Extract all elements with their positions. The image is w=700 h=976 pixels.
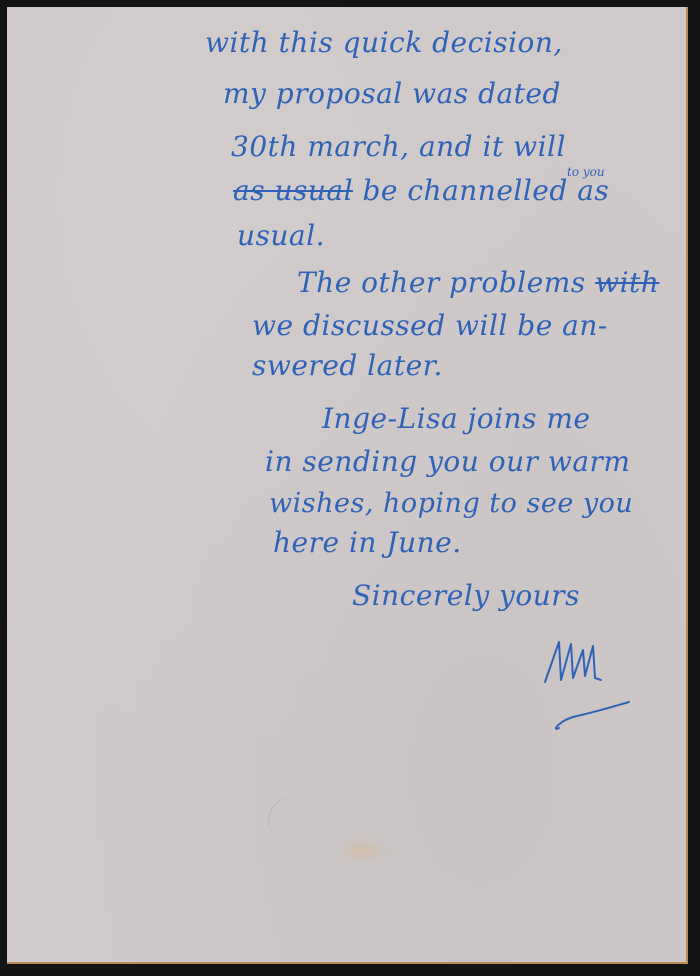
letter-line-1: with this quick decision,: [205, 29, 563, 57]
letter-line-2: my proposal was dated: [223, 80, 561, 108]
signature-icon: [537, 632, 647, 732]
line-text: with this quick decision,: [205, 26, 563, 59]
line-text: be channelled: [362, 174, 567, 207]
letter-line-6: The other problems with: [297, 269, 659, 297]
letter-line-12: here in June.: [273, 529, 462, 557]
line-text: usual.: [237, 219, 325, 252]
closing-text: Sincerely yours: [352, 579, 580, 612]
line-text: we discussed will be an-: [252, 309, 608, 342]
letter-line-3: 30th march, and it will: [231, 133, 566, 161]
inserted-text: to you: [567, 165, 605, 179]
line-text: here in June.: [273, 526, 462, 559]
crossed-out-text: with: [595, 266, 659, 299]
paper-stain: [337, 837, 387, 863]
letter-line-5: usual.: [237, 222, 325, 250]
closing: Sincerely yours: [352, 582, 580, 610]
letter-line-9: Inge-Lisa joins me: [322, 405, 590, 433]
line-text: wishes, hoping to see you: [269, 488, 633, 519]
line-text: in sending you our warm: [265, 445, 630, 478]
letter-page: with this quick decision, my proposal wa…: [7, 7, 688, 964]
letter-line-10: in sending you our warm: [265, 448, 630, 476]
letter-line-11: wishes, hoping to see you: [269, 490, 633, 517]
line-text: my proposal was dated: [223, 77, 561, 110]
line-text: Inge-Lisa joins me: [322, 402, 590, 435]
crossed-out-text: as usual: [233, 174, 353, 207]
line-text: The other problems: [297, 266, 586, 299]
letter-line-7: we discussed will be an-: [252, 312, 608, 340]
letter-line-8: swered later.: [252, 352, 443, 380]
letter-line-4: as usual be channelled as: [233, 177, 609, 205]
line-text: swered later.: [252, 349, 443, 382]
line-text: 30th march, and it will: [231, 130, 566, 163]
paper-mark: [262, 792, 307, 841]
